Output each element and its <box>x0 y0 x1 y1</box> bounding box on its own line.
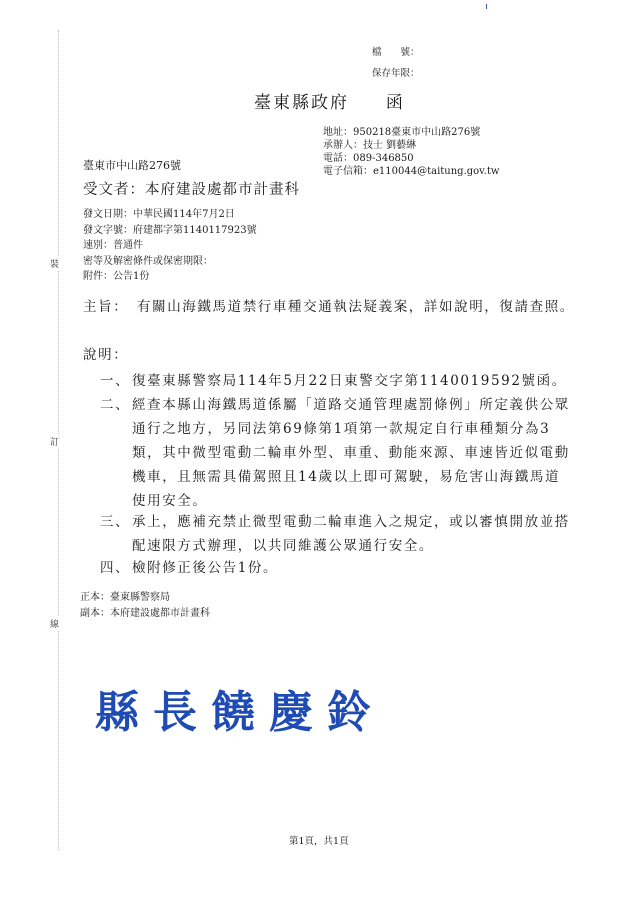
title-org: 臺東縣政府 <box>254 93 349 113</box>
signature-stamp: 縣長饒慶鈴 <box>95 676 385 740</box>
contact-address: 地址：950218臺東市中山路276號 <box>323 126 499 139</box>
distribution-copy: 副本：本府建設處都市計畫科 <box>80 606 210 622</box>
contact-phone: 電話：089-346850 <box>323 152 499 165</box>
contact-handler: 承辦人：技士 劉藝綝 <box>323 139 499 152</box>
scan-mark <box>486 4 487 9</box>
binding-mark-zhuang: 裝 <box>50 256 59 271</box>
document-number: 發文字號：府建都字第1140117923號 <box>83 223 257 239</box>
binding-mark-xian: 線 <box>50 616 59 631</box>
item-text: 復臺東縣警察局114年5月22日東警交字第1140019592號函。 <box>132 369 572 393</box>
item-number: 二、 <box>100 393 130 417</box>
secrecy-level: 密等及解密條件或保密期限： <box>83 254 257 270</box>
archive-number-label: 檔 號： <box>372 44 420 58</box>
item-text: 檢附修正後公告1份。 <box>132 556 572 580</box>
distribution-original: 正本：臺東縣警察局 <box>80 590 210 606</box>
item-number: 三、 <box>100 510 130 534</box>
issue-date: 發文日期：中華民國114年7月2日 <box>83 207 257 223</box>
page-title: 臺東縣政府 函 <box>254 88 405 113</box>
item-number: 四、 <box>100 556 130 580</box>
subject-text: 有關山海鐵馬道禁行車種交通執法疑義案，詳如說明，復請查照。 <box>137 295 582 319</box>
page-footer: 第1頁，共1頁 <box>289 833 349 847</box>
item-text: 經查本縣山海鐵馬道係屬「道路交通管理處罰條例」所定義供公眾通行之地方，另同法第6… <box>132 393 572 513</box>
contact-email: 電子信箱：e110044@taitung.gov.tw <box>323 165 499 178</box>
item-number: 一、 <box>100 369 130 393</box>
item-text: 承上，應補充禁止微型電動二輪車進入之規定，或以審慎開放並搭配速限方式辦理，以共同… <box>132 510 572 558</box>
delivery-speed: 速別：普通件 <box>83 238 257 254</box>
attachment: 附件：公告1份 <box>83 269 257 285</box>
recipient-address: 臺東市中山路276號 <box>83 157 181 173</box>
document-fields: 發文日期：中華民國114年7月2日 發文字號：府建都字第1140117923號 … <box>83 207 257 285</box>
distribution-block: 正本：臺東縣警察局 副本：本府建設處都市計畫科 <box>80 590 210 622</box>
retention-period-label: 保存年限： <box>372 65 420 79</box>
explanation-label: 說明： <box>83 343 128 367</box>
recipient: 受文者：本府建設處都市計畫科 <box>83 178 300 199</box>
contact-block: 地址：950218臺東市中山路276號 承辦人：技士 劉藝綝 電話：089-34… <box>323 126 499 178</box>
title-doc-type: 函 <box>386 93 405 113</box>
binding-mark-ding: 訂 <box>50 434 59 449</box>
subject-label: 主旨： <box>83 295 128 319</box>
